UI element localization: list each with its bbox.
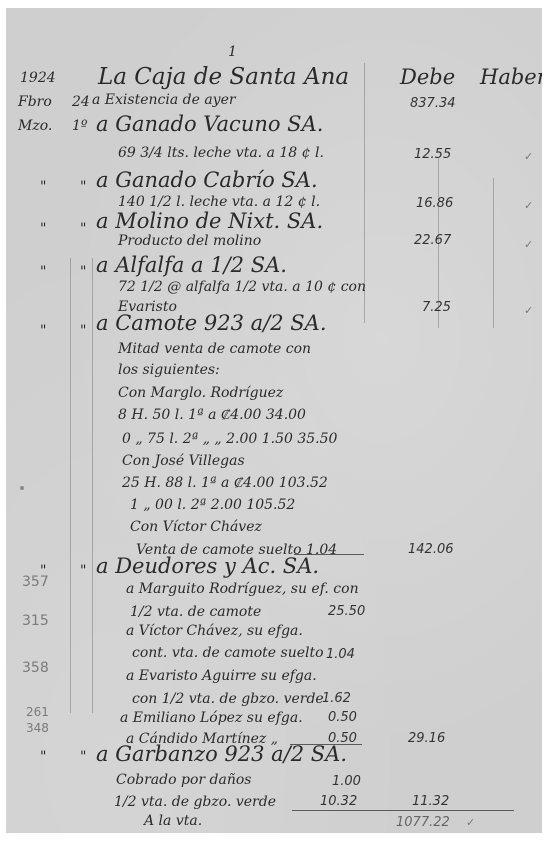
entry-text: a Existencia de ayer <box>92 93 236 107</box>
entry-day: " <box>80 180 86 194</box>
account-ref: 261 <box>26 706 49 718</box>
debe-header: Debe <box>400 67 455 88</box>
entry-detail: con 1/2 vta. de gbzo. verde <box>132 692 324 706</box>
entry-amount: 1.62 <box>322 692 351 705</box>
entry-day: 1º <box>72 119 88 133</box>
entry-detail: cont. vta. de camote suelto <box>132 646 324 660</box>
entry-detail: a Marguito Rodríguez, su ef. con <box>126 582 359 596</box>
entry-detail: Con José Villegas <box>122 454 245 468</box>
entry-debe: 16.86 <box>416 197 453 210</box>
entry-detail: Con Víctor Chávez <box>130 520 262 534</box>
entry-amount: 1.00 <box>332 775 361 788</box>
entry-day: " <box>80 750 86 764</box>
entry-debe: 29.16 <box>408 732 445 745</box>
entry-day: 24 <box>72 95 90 109</box>
entry-detail: a Emiliano López su efga. <box>120 711 303 725</box>
entry-detail: 72 1/2 @ alfalfa 1/2 vta. a 10 ¢ con <box>118 280 366 294</box>
account-ref: 358 <box>22 661 49 675</box>
entry-month: " <box>40 222 46 236</box>
entry-detail: los siguientes: <box>118 363 220 377</box>
entry-detail: Cobrado por daños <box>116 773 251 787</box>
entry-month: " <box>40 750 46 764</box>
entry-detail: 0 „ 75 l. 2ª „ „ 2.00 1.50 35.50 <box>122 432 337 446</box>
entry-debe: 837.34 <box>410 97 456 110</box>
entry-detail: Con Marglo. Rodríguez <box>118 386 283 400</box>
ink-spot <box>20 486 24 490</box>
entry-text: a Ganado Vacuno SA. <box>96 114 323 135</box>
entry-detail: Producto del molino <box>118 234 261 248</box>
entry-debe: 22.67 <box>414 234 451 247</box>
entry-day: " <box>80 265 86 279</box>
entry-detail: 140 1/2 l. leche vta. a 12 ¢ l. <box>118 195 320 209</box>
ledger-page: 1 1924 La Caja de Santa Ana Debe Haber F… <box>6 8 542 833</box>
carry-forward-label: A la vta. <box>144 814 202 828</box>
account-ref: 315 <box>22 614 49 628</box>
check-mark-icon: ✓ <box>524 199 533 212</box>
entry-month: " <box>40 265 46 279</box>
account-ref: 348 <box>26 722 49 734</box>
entry-detail: Mitad venta de camote con <box>118 342 311 356</box>
entry-month: " <box>40 180 46 194</box>
account-ref: 357 <box>22 575 49 589</box>
entry-text: a Garbanzo 923 a/2 SA. <box>96 744 347 765</box>
entry-amount: 25.50 <box>328 605 365 618</box>
year: 1924 <box>20 71 56 85</box>
entry-text: a Deudores y Ac. SA. <box>96 556 319 577</box>
check-mark-icon: ✓ <box>466 816 475 829</box>
entry-detail: a Víctor Chávez, su efga. <box>126 624 303 638</box>
entry-text: a Alfalfa a 1/2 SA. <box>96 255 287 276</box>
check-mark-icon: ✓ <box>524 238 533 251</box>
entry-detail: 8 H. 50 l. 1ª a ₡4.00 34.00 <box>118 408 306 422</box>
ledger-title: La Caja de Santa Ana <box>98 66 349 89</box>
page-number: 1 <box>228 45 237 59</box>
entry-text: a Molino de Nixt. SA. <box>96 211 323 232</box>
check-mark-icon: ✓ <box>524 150 533 163</box>
entry-debe: 12.55 <box>414 148 451 161</box>
entry-detail: 25 H. 88 l. 1ª a ₡4.00 103.52 <box>122 476 328 490</box>
carry-forward-total: 1077.22 <box>396 816 450 829</box>
entry-amount: 0.50 <box>328 711 357 724</box>
margin-rule-right <box>92 258 93 713</box>
haber-column-rule <box>493 178 494 328</box>
entry-debe: 142.06 <box>408 543 454 556</box>
entry-month: " <box>40 324 46 338</box>
entry-month: Fbro <box>18 95 52 109</box>
total-rule <box>292 810 514 811</box>
entry-text: a Ganado Cabrío SA. <box>96 170 318 191</box>
entry-month: Mzo. <box>18 119 52 133</box>
entry-text: a Camote 923 a/2 SA. <box>96 313 327 334</box>
entry-debe: 7.25 <box>422 301 451 314</box>
entry-detail: 1/2 vta. de gbzo. verde <box>114 795 276 809</box>
entry-day: " <box>80 222 86 236</box>
margin-rule-left <box>70 258 71 713</box>
entry-detail: 1 „ 00 l. 2ª 2.00 105.52 <box>130 498 295 512</box>
entry-day: " <box>80 564 86 578</box>
entry-amount: 1.04 <box>326 648 355 661</box>
entry-debe: 11.32 <box>412 795 449 808</box>
entry-amount: 10.32 <box>320 795 357 808</box>
check-mark-icon: ✓ <box>524 304 533 317</box>
entry-detail: 69 3/4 lts. leche vta. a 18 ¢ l. <box>118 146 324 160</box>
entry-detail: a Evaristo Aguirre su efga. <box>126 669 317 683</box>
entry-day: " <box>80 324 86 338</box>
entry-detail: 1/2 vta. de camote <box>130 605 261 619</box>
haber-header: Haber <box>480 67 542 88</box>
